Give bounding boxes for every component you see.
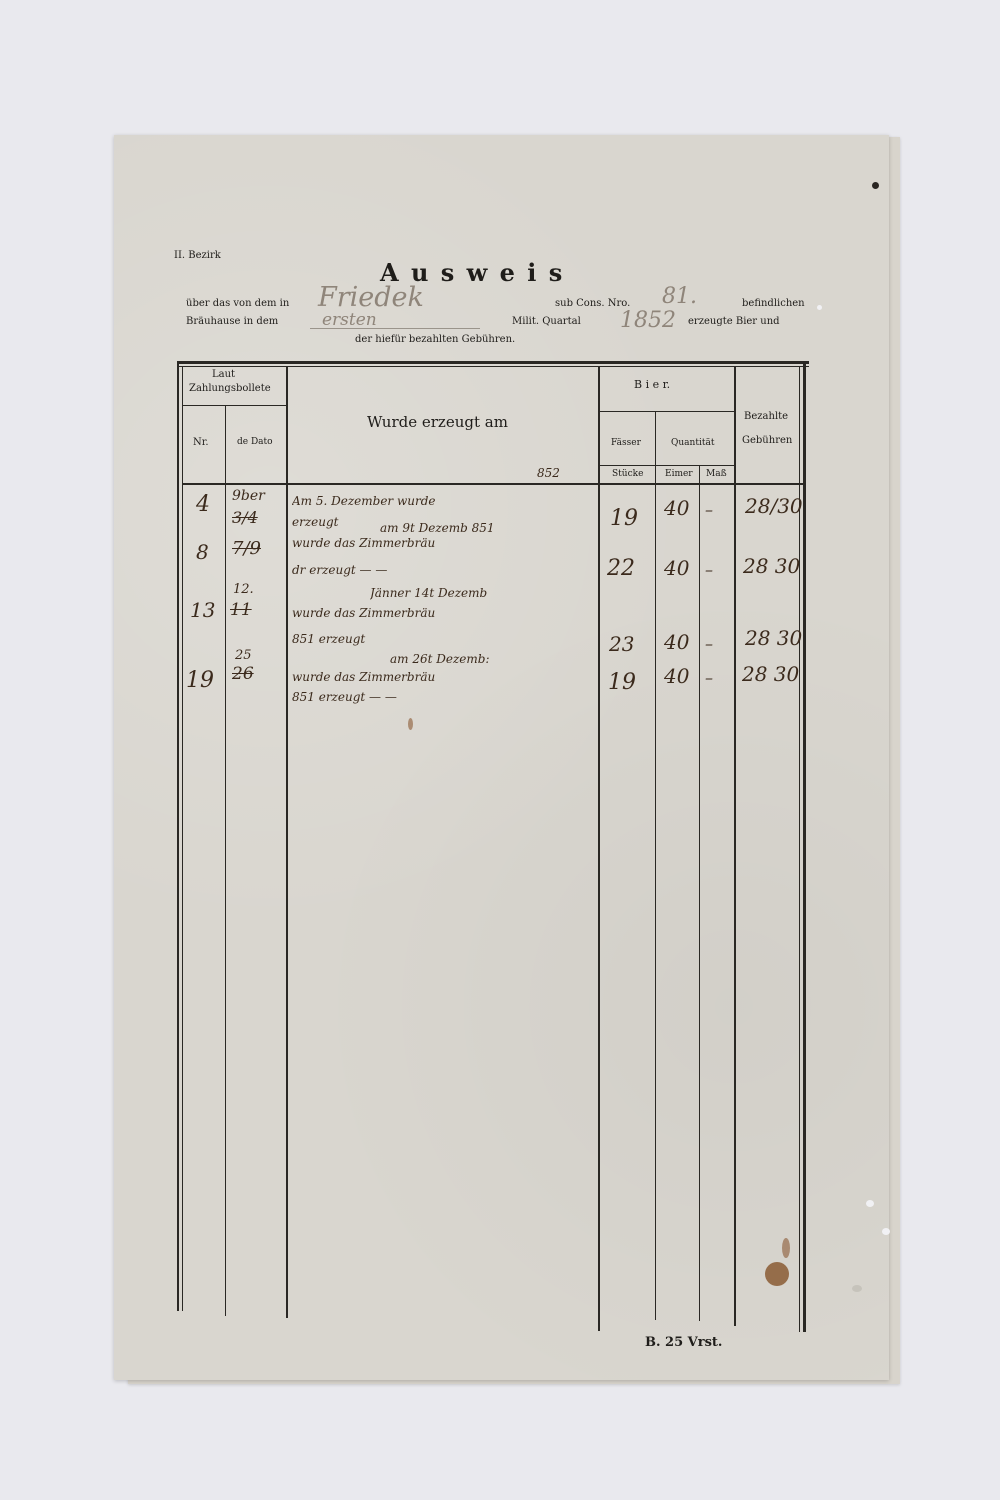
intro-line3: der hiefür bezahlten Gebühren.: [355, 334, 515, 345]
row-text-line: Jänner 14t Dezemb: [370, 586, 595, 600]
col-divider-faesser: [655, 412, 656, 1320]
header-laut: Laut: [212, 369, 235, 380]
intro-line1-suffix: befindlichen: [742, 298, 805, 309]
stain: [408, 718, 413, 730]
row-dato: 3/4: [232, 508, 258, 527]
col-divider-nr: [225, 406, 226, 1316]
row-gebuehren: 28 30: [743, 554, 800, 578]
row-text-line: 851 erzeugt: [292, 632, 602, 646]
header-bezahlte: Bezahlte: [744, 411, 788, 422]
table-top-rule-thin: [177, 366, 809, 367]
header-wurde-erzeugt: Wurde erzeugt am: [367, 413, 508, 431]
row-mass: –: [705, 634, 713, 653]
col-divider-mass: [734, 366, 736, 1326]
stain: [765, 1262, 789, 1286]
row-dato: 11: [230, 600, 252, 620]
row-nr: 4: [196, 492, 210, 517]
row-nr: 13: [190, 598, 215, 622]
row-text-line: wurde das Zimmerbräu: [292, 536, 602, 550]
header-nr: Nr.: [193, 437, 209, 448]
intro-line2-suffix: erzeugte Bier und: [688, 316, 780, 327]
table-left-border: [177, 361, 179, 1311]
header-bottom-rule: [183, 483, 803, 485]
row-text-line: dr erzeugt — —: [292, 563, 602, 577]
intro-line1-prefix: über das von dem in: [186, 298, 289, 309]
row-stuecke: 22: [607, 556, 635, 581]
row-dato-top: 9ber: [232, 488, 265, 504]
year-note: 852: [537, 466, 560, 480]
row-dato: 7/9: [232, 538, 261, 559]
col-divider-dato: [286, 366, 288, 1318]
cons-number: 81.: [662, 284, 697, 309]
row-gebuehren: 28 30: [745, 626, 802, 650]
row-gebuehren: 28/30: [745, 494, 803, 518]
header-eimer: Eimer: [665, 469, 693, 479]
header-gebuehren: Gebühren: [742, 435, 792, 446]
row-dato-top: 12.: [233, 582, 254, 597]
year: 1852: [620, 308, 676, 333]
place-name: Friedek: [318, 282, 424, 313]
form-code: B. 25 Vrst.: [645, 1335, 722, 1350]
row-eimer: 40: [664, 496, 689, 520]
row-stuecke: 19: [610, 506, 638, 531]
row-text-line: am 26t Dezemb:: [390, 652, 595, 666]
paper-hole: [817, 305, 822, 310]
district-label: II. Bezirk: [174, 250, 221, 261]
paper-hole: [882, 1228, 890, 1235]
stain: [782, 1238, 790, 1258]
intro-line2-prefix: Bräuhause in dem: [186, 316, 278, 327]
paper-hole: [852, 1285, 862, 1292]
row-stuecke: 19: [608, 670, 636, 695]
table-top-rule: [177, 361, 809, 364]
row-eimer: 40: [664, 556, 689, 580]
row-text-line: wurde das Zimmerbräu: [292, 606, 602, 620]
row-eimer: 40: [664, 664, 689, 688]
row-stuecke: 23: [609, 632, 634, 656]
ink-spot: [872, 182, 879, 189]
row-text-line: 851 erzeugt — —: [292, 690, 602, 704]
row-mass: –: [705, 668, 713, 687]
table-left-border-thin: [182, 366, 183, 1311]
row-eimer: 40: [664, 630, 689, 654]
intro-line2-middle: Milit. Quartal: [512, 316, 581, 327]
header-stuecke: Stücke: [612, 469, 643, 479]
header-zahlungsbollete: Zahlungsbollete: [189, 383, 271, 394]
fill-line: [310, 328, 480, 329]
header-mass: Maß: [706, 469, 727, 479]
row-dato-top: 25: [235, 648, 252, 663]
row-text-line: wurde das Zimmerbräu: [292, 670, 602, 684]
col-divider-wurde: [598, 366, 600, 1331]
row-mass: –: [705, 500, 713, 519]
laut-header-rule: [183, 405, 287, 406]
quarter-name: ersten: [322, 310, 377, 330]
row-dato: 26: [232, 664, 254, 684]
row-text-line: Am 5. Dezember wurde: [292, 494, 602, 508]
bier-header-rule: [600, 411, 735, 412]
row-text-line: am 9t Dezemb 851: [380, 521, 595, 535]
row-gebuehren: 28 30: [742, 662, 799, 686]
unit-row-rule: [600, 465, 735, 466]
paper-hole: [866, 1200, 874, 1207]
col-divider-eimer: [699, 466, 700, 1321]
header-faesser: Fässer: [611, 438, 641, 448]
header-quantitaet: Quantität: [671, 438, 714, 448]
row-nr: 19: [186, 668, 214, 693]
row-mass: –: [705, 560, 713, 579]
header-de-dato: de Dato: [237, 437, 273, 447]
header-bier: B i e r.: [634, 378, 670, 391]
table-right-border-thick: [803, 361, 806, 1332]
row-nr: 8: [196, 540, 209, 564]
